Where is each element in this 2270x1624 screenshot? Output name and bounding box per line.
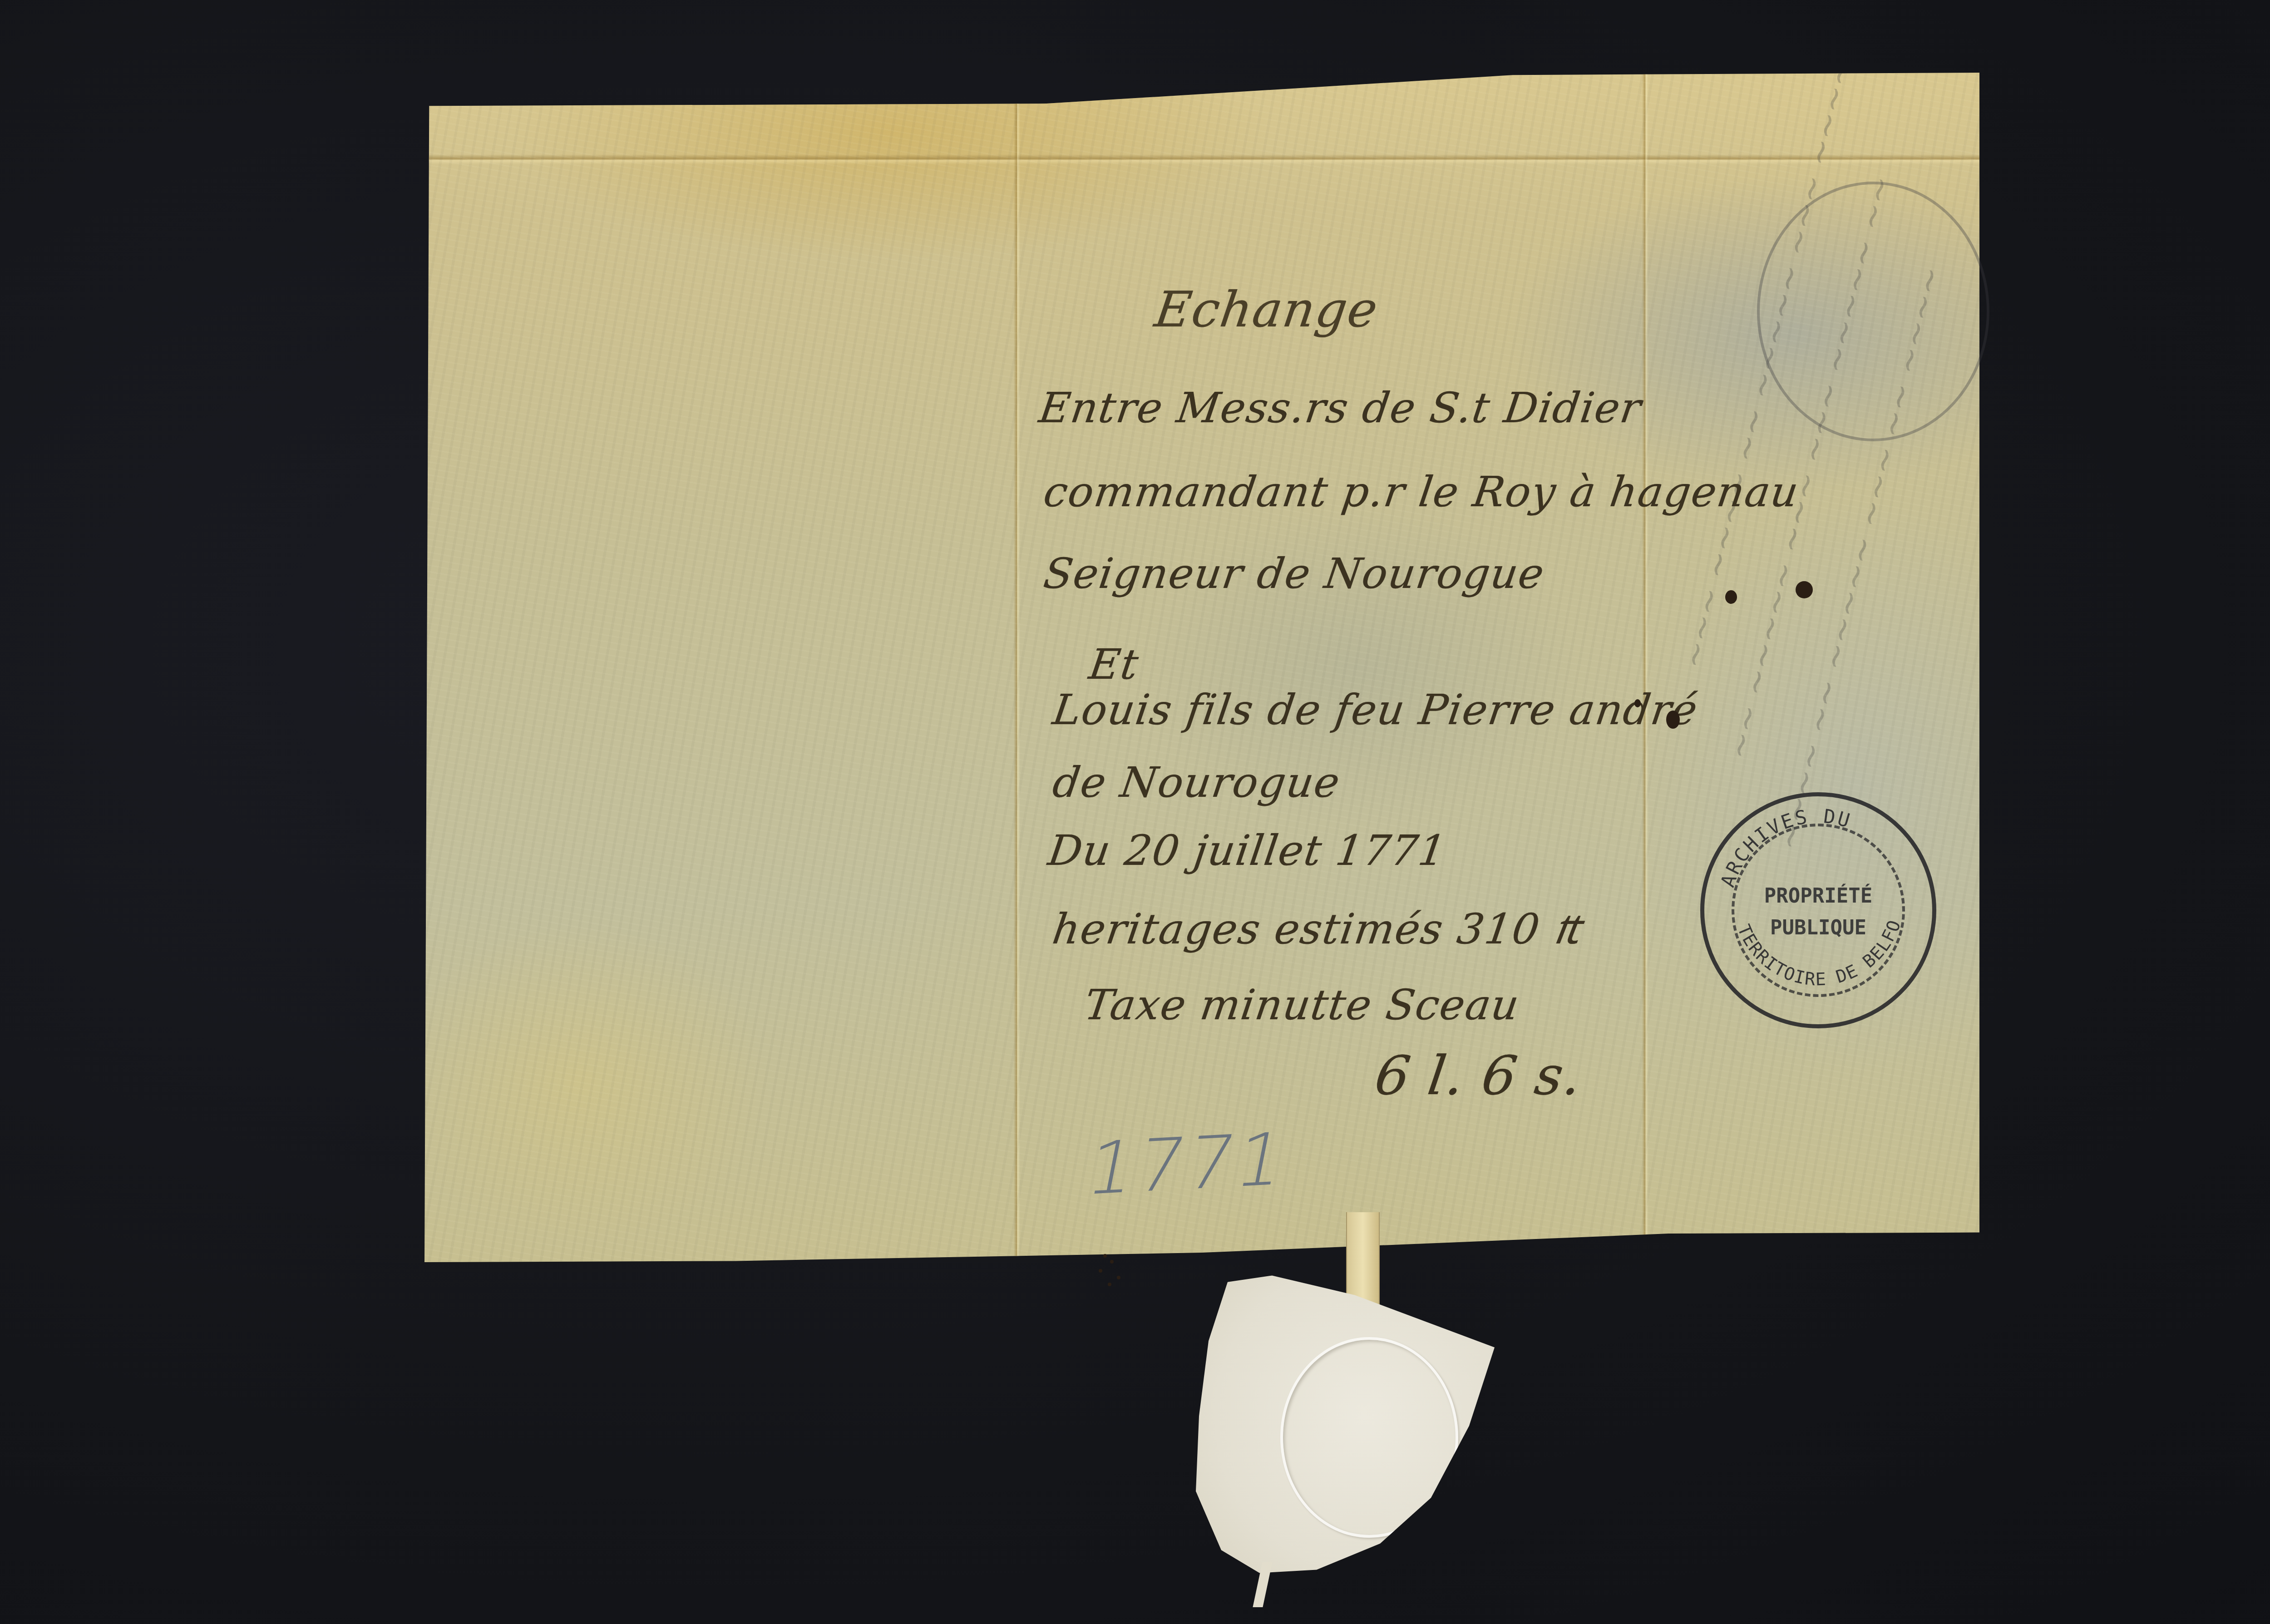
vertical-fold-left [1014, 73, 1020, 1262]
ink-blot [1634, 699, 1641, 707]
prick-hole [1103, 1254, 1107, 1258]
vertical-fold-right [1642, 73, 1648, 1262]
endorsement-line-6: de Nourogue [1050, 758, 1343, 807]
svg-text:ARCHIVES DU: ARCHIVES DU [1717, 805, 1854, 890]
ink-blot [1725, 590, 1737, 604]
prick-hole [1099, 1269, 1102, 1273]
horizontal-fold [424, 154, 1979, 164]
pencil-year-annotation: 1771 [1080, 1116, 1295, 1211]
endorsement-line-1: Entre Mess.rs de S.t Didier [1036, 384, 1645, 432]
stamp-center: PROPRIÉTÉ PUBLIQUE [1704, 880, 1932, 944]
endorsement-line-2: commandant p.r le Roy à hagenau [1041, 468, 1802, 516]
faint-stamp-show-through [1757, 182, 1989, 441]
stamp-top-text: ARCHIVES DU [1717, 805, 1854, 890]
prick-hole [1108, 1283, 1111, 1286]
endorsement-fee: 6 l. 6 s. [1371, 1044, 1586, 1107]
endorsement-valuation: heritages estimés 310 ₶ [1049, 899, 1585, 956]
archive-stamp: ARCHIVES DU TERRITOIRE DE BELFORT PROPRI… [1700, 792, 1936, 1028]
stamp-center-line-1: PROPRIÉTÉ [1704, 880, 1932, 912]
endorsement-tax: Taxe minutte Sceau [1081, 981, 1523, 1029]
prick-hole [1110, 1260, 1114, 1264]
endorsement-line-3: Seigneur de Nourogue [1041, 549, 1548, 598]
stamp-center-line-2: PUBLIQUE [1704, 912, 1932, 944]
endorsement-date: Du 20 juillet 1771 [1045, 826, 1449, 875]
parchment-document: ~~~ ~~~~ ~~ ~~~~~ ~~~ ~~~~ ~~ ~~~~~ ~~~ … [424, 73, 1979, 1262]
prick-hole [1117, 1276, 1120, 1279]
endorsement-line-5: Louis fils de feu Pierre andré [1050, 686, 1701, 734]
endorsement-line-4: Et [1086, 640, 1142, 689]
ink-blot [1666, 711, 1680, 729]
endorsement-title: Echange [1151, 281, 1382, 338]
ink-blot [1796, 581, 1813, 598]
